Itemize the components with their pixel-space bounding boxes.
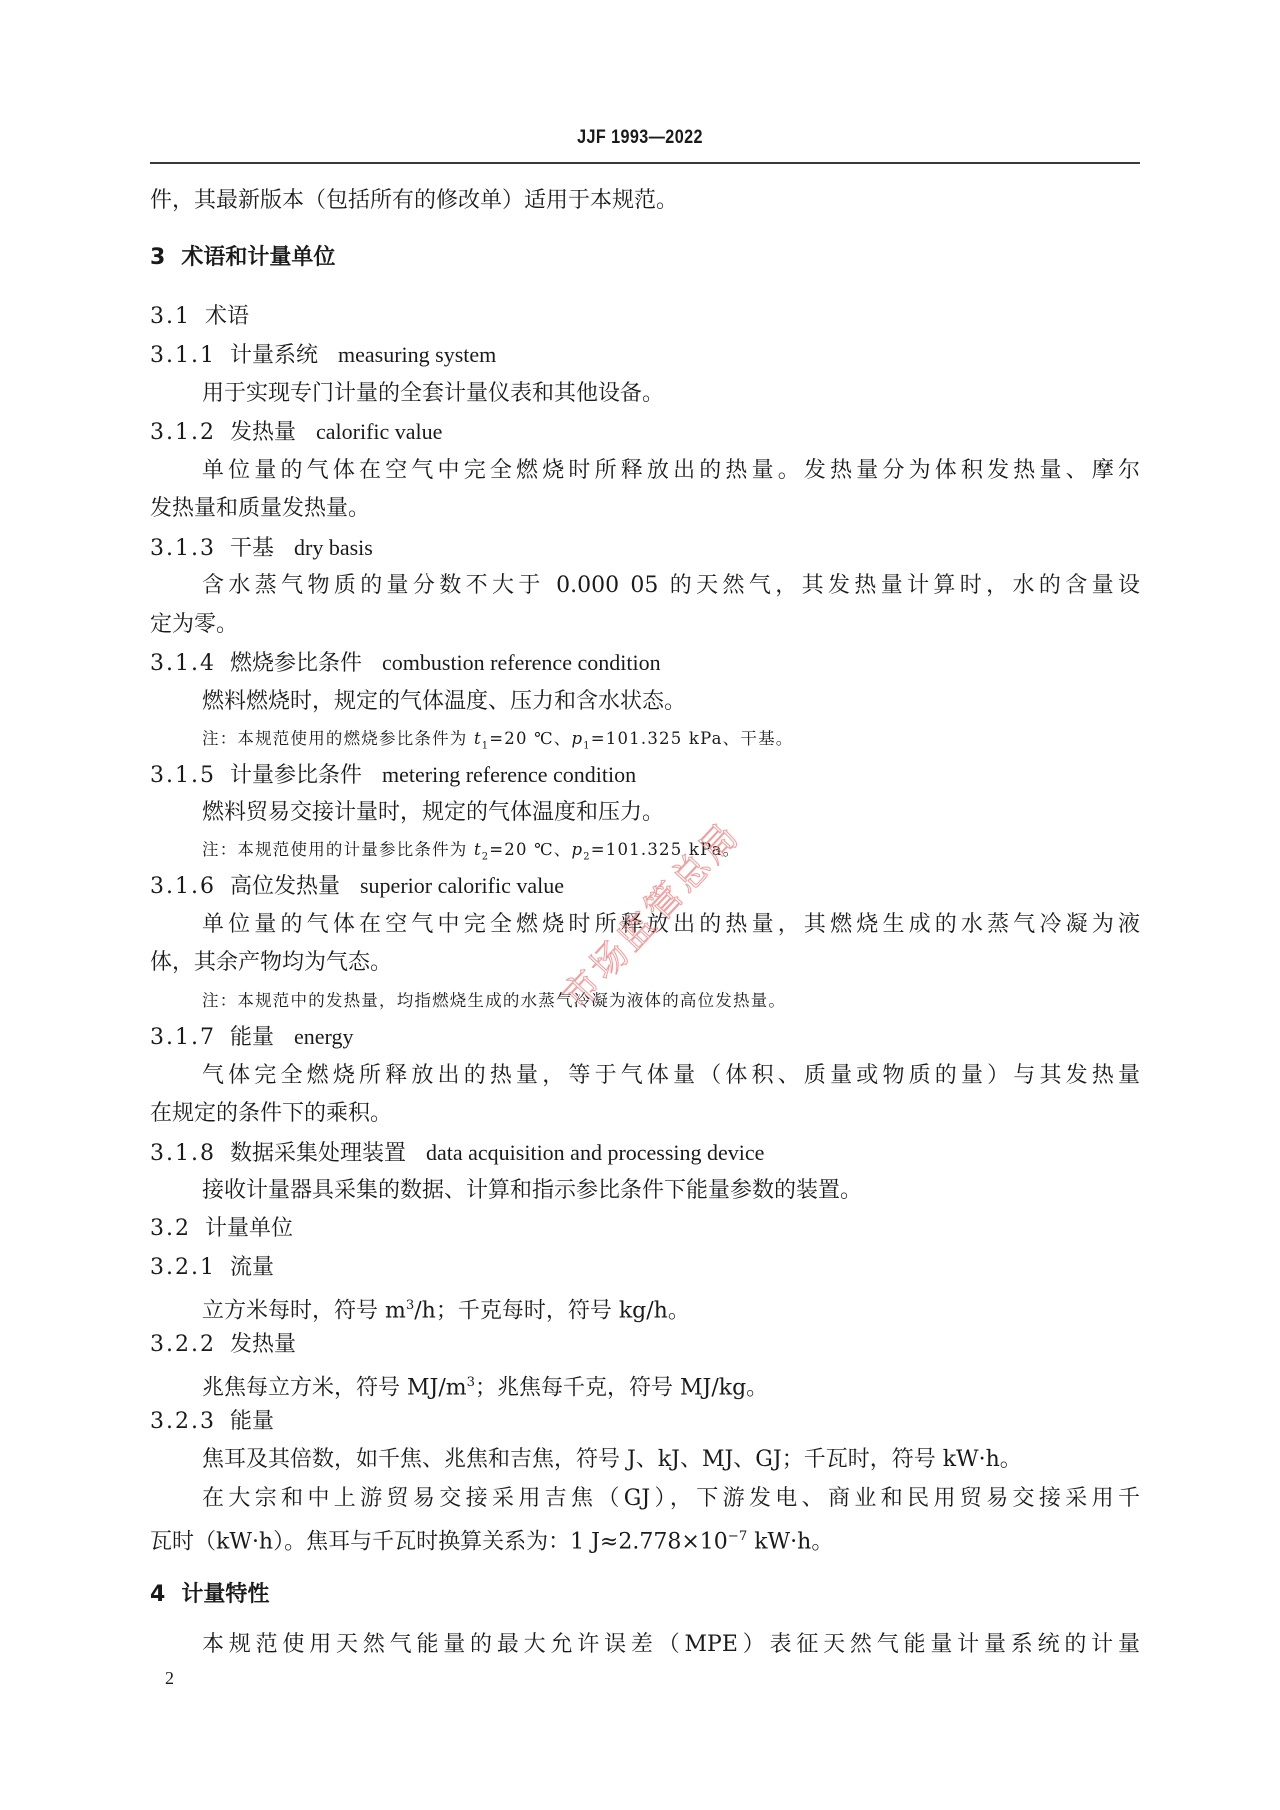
text: 立方米每时，符号 m xyxy=(202,1298,406,1323)
term-3-1-7: 3.1.7能量energy xyxy=(150,1022,1140,1053)
text: kW·h。 xyxy=(747,1529,833,1554)
term-definition: 定为零。 xyxy=(150,610,1140,640)
term-number: 3.1.3 xyxy=(150,534,216,564)
var-p: p xyxy=(572,840,584,859)
note-text: =101.325 kPa、干基。 xyxy=(591,729,794,748)
term-zh: 计量参比条件 xyxy=(230,763,362,788)
note-text: =20 ℃、 xyxy=(489,729,571,748)
term-number: 3.1.1 xyxy=(150,341,216,371)
var-t: t xyxy=(474,840,482,859)
section-title: 计量特性 xyxy=(181,1582,269,1607)
term-number: 3.1.7 xyxy=(150,1023,216,1053)
term-definition: 接收计量器具采集的数据、计算和指示参比条件下能量参数的装置。 xyxy=(202,1176,1192,1206)
term-definition: 发热量和质量发热量。 xyxy=(150,494,1140,524)
unit-definition: 兆焦每立方米，符号 MJ/m3；兆焦每千克，符号 MJ/kg。 xyxy=(202,1368,1192,1403)
term-en: calorific value xyxy=(316,419,442,444)
unit-number: 3.2.2 xyxy=(150,1330,216,1360)
term-en: combustion reference condition xyxy=(382,650,661,675)
text: ；兆焦每千克，符号 MJ/kg。 xyxy=(475,1375,768,1400)
subsection-heading-3-1: 3.1术语 xyxy=(150,302,1140,332)
section-title: 术语和计量单位 xyxy=(181,245,335,270)
term-zh: 数据采集处理装置 xyxy=(230,1141,406,1166)
note-text: 注：本规范使用的燃烧参比条件为 xyxy=(202,729,474,748)
var-t: t xyxy=(474,729,482,748)
subscript: 2 xyxy=(583,851,590,862)
term-note: 注：本规范使用的燃烧参比条件为 t1=20 ℃、p1=101.325 kPa、干… xyxy=(202,724,1192,761)
term-definition: 含水蒸气物质的量分数不大于 0.000 05 的天然气，其发热量计算时，水的含量… xyxy=(202,571,1140,601)
term-number: 3.1.5 xyxy=(150,761,216,791)
subsection-number: 3.1 xyxy=(150,302,191,332)
subsection-title: 计量单位 xyxy=(205,1216,293,1241)
term-number: 3.1.6 xyxy=(150,872,216,902)
unit-definition: 在大宗和中上游贸易交接采用吉焦（GJ），下游发电、商业和民用贸易交接采用千 xyxy=(202,1484,1140,1514)
superscript: 3 xyxy=(467,1375,475,1390)
unit-3-2-3: 3.2.3能量 xyxy=(150,1407,1140,1437)
term-en: superior calorific value xyxy=(360,873,564,898)
term-definition: 用于实现专门计量的全套计量仪表和其他设备。 xyxy=(202,379,1192,409)
text: 兆焦每立方米，符号 MJ/m xyxy=(202,1375,467,1400)
unit-number: 3.2.3 xyxy=(150,1407,216,1437)
section-number: 4 xyxy=(150,1580,167,1610)
term-3-1-8: 3.1.8数据采集处理装置data acquisition and proces… xyxy=(150,1138,1140,1169)
unit-definition: 瓦时（kW·h）。焦耳与千瓦时换算关系为：1 J≈2.778×10−7 kW·h… xyxy=(150,1522,1140,1557)
unit-number: 3.2.1 xyxy=(150,1253,216,1283)
note-text: 注：本规范使用的计量参比条件为 xyxy=(202,840,474,859)
subscript: 1 xyxy=(583,740,590,751)
term-3-1-4: 3.1.4燃烧参比条件combustion reference conditio… xyxy=(150,648,1140,679)
var-p: p xyxy=(572,729,584,748)
term-zh: 干基 xyxy=(230,536,274,561)
term-definition: 气体完全燃烧所释放出的热量，等于气体量（体积、质量或物质的量）与其发热量 xyxy=(202,1061,1140,1091)
term-zh: 高位发热量 xyxy=(230,874,340,899)
term-zh: 发热量 xyxy=(230,420,296,445)
term-en: data acquisition and processing device xyxy=(426,1140,764,1165)
paragraph: 本规范使用天然气能量的最大允许误差（MPE）表征天然气能量计量系统的计量 xyxy=(202,1630,1140,1660)
term-3-1-3: 3.1.3干基dry basis xyxy=(150,533,1140,564)
term-number: 3.1.4 xyxy=(150,649,216,679)
running-header: JJF 1993—2022 xyxy=(96,127,1184,149)
subsection-number: 3.2 xyxy=(150,1214,191,1244)
section-heading-3: 3术语和计量单位 xyxy=(150,243,1140,273)
subsection-title: 术语 xyxy=(205,304,249,329)
term-zh: 能量 xyxy=(230,1025,274,1050)
term-number: 3.1.2 xyxy=(150,418,216,448)
term-definition: 单位量的气体在空气中完全燃烧时所释放出的热量。发热量分为体积发热量、摩尔 xyxy=(202,456,1140,486)
unit-definition: 焦耳及其倍数，如千焦、兆焦和吉焦，符号 J、kJ、MJ、GJ；千瓦时，符号 kW… xyxy=(202,1445,1192,1475)
term-note: 注：本规范中的发热量，均指燃烧生成的水蒸气冷凝为液体的高位发热量。 xyxy=(202,986,1192,1016)
unit-3-2-1: 3.2.1流量 xyxy=(150,1253,1140,1283)
term-3-1-5: 3.1.5计量参比条件metering reference condition xyxy=(150,760,1140,791)
unit-title: 流量 xyxy=(230,1255,274,1280)
unit-title: 能量 xyxy=(230,1409,274,1434)
section-number: 3 xyxy=(150,243,167,273)
term-definition: 在规定的条件下的乘积。 xyxy=(150,1099,1140,1129)
term-en: dry basis xyxy=(294,535,373,560)
paragraph-continuation: 件，其最新版本（包括所有的修改单）适用于本规范。 xyxy=(150,186,1140,216)
term-3-1-2: 3.1.2发热量calorific value xyxy=(150,417,1140,448)
text: /h；千克每时，符号 kg/h。 xyxy=(414,1298,690,1323)
term-zh: 燃烧参比条件 xyxy=(230,651,362,676)
superscript: 3 xyxy=(406,1298,414,1313)
unit-definition: 立方米每时，符号 m3/h；千克每时，符号 kg/h。 xyxy=(202,1291,1192,1326)
header-rule xyxy=(150,162,1140,164)
term-definition: 燃料燃烧时，规定的气体温度、压力和含水状态。 xyxy=(202,687,1192,717)
term-zh: 计量系统 xyxy=(230,343,318,368)
term-en: energy xyxy=(294,1024,353,1049)
subsection-heading-3-2: 3.2计量单位 xyxy=(150,1214,1140,1244)
unit-title: 发热量 xyxy=(230,1332,296,1357)
superscript: −7 xyxy=(728,1529,747,1544)
unit-3-2-2: 3.2.2发热量 xyxy=(150,1330,1140,1360)
note-text: =20 ℃、 xyxy=(489,840,571,859)
text: 瓦时（kW·h）。焦耳与千瓦时换算关系为：1 J≈2.778×10 xyxy=(150,1529,728,1554)
term-en: metering reference condition xyxy=(382,762,636,787)
term-number: 3.1.8 xyxy=(150,1139,216,1169)
term-definition: 燃料贸易交接计量时，规定的气体温度和压力。 xyxy=(202,798,1192,828)
term-3-1-1: 3.1.1计量系统measuring system xyxy=(150,340,1140,371)
term-en: measuring system xyxy=(338,342,496,367)
section-heading-4: 4计量特性 xyxy=(150,1580,1140,1610)
page-number: 2 xyxy=(165,1668,174,1689)
